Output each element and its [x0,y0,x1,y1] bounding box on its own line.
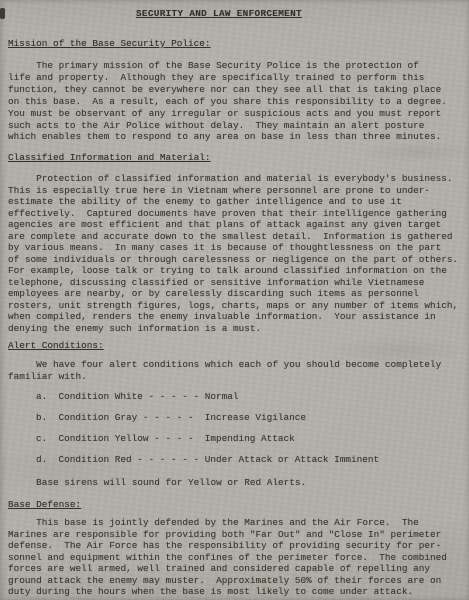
section-heading-alert: Alert Conditions: [8,339,469,352]
alert-condition-gray: b. Condition Gray - - - - - Increase Vig… [36,412,469,424]
alert-condition-red: d. Condition Red - - - - - - Under Attac… [36,454,469,466]
alert-note: Base sirens will sound for Yellow or Red… [8,477,469,489]
section-alert: Alert Conditions: We have four alert con… [8,339,469,489]
alert-intro-paragraph: We have four alert conditions which each… [8,359,469,383]
section-heading-defense: Base Defense: [8,498,469,511]
alert-condition-yellow: c. Condition Yellow - - - - Impending At… [36,433,469,445]
section-heading-classified: Classified Information and Material: [8,151,469,164]
document-content: SECURITY AND LAW ENFORCEMENT Mission of … [0,0,469,598]
classified-paragraph: Protection of classified information and… [8,173,469,334]
section-classified: Classified Information and Material: Pro… [8,151,469,334]
defense-paragraph: This base is jointly defended by the Mar… [8,517,469,598]
section-mission: Mission of the Base Security Police: The… [8,37,469,143]
scanned-document-page: SECURITY AND LAW ENFORCEMENT Mission of … [0,0,469,600]
section-heading-mission: Mission of the Base Security Police: [8,37,469,50]
mission-paragraph: The primary mission of the Base Security… [8,60,469,143]
document-title: SECURITY AND LAW ENFORCEMENT [136,8,302,20]
alert-conditions-list: a. Condition White - - - - - Normal b. C… [8,391,469,466]
ink-smudge-mark [0,8,5,19]
section-defense: Base Defense: This base is jointly defen… [8,498,469,598]
alert-condition-white: a. Condition White - - - - - Normal [36,391,469,403]
